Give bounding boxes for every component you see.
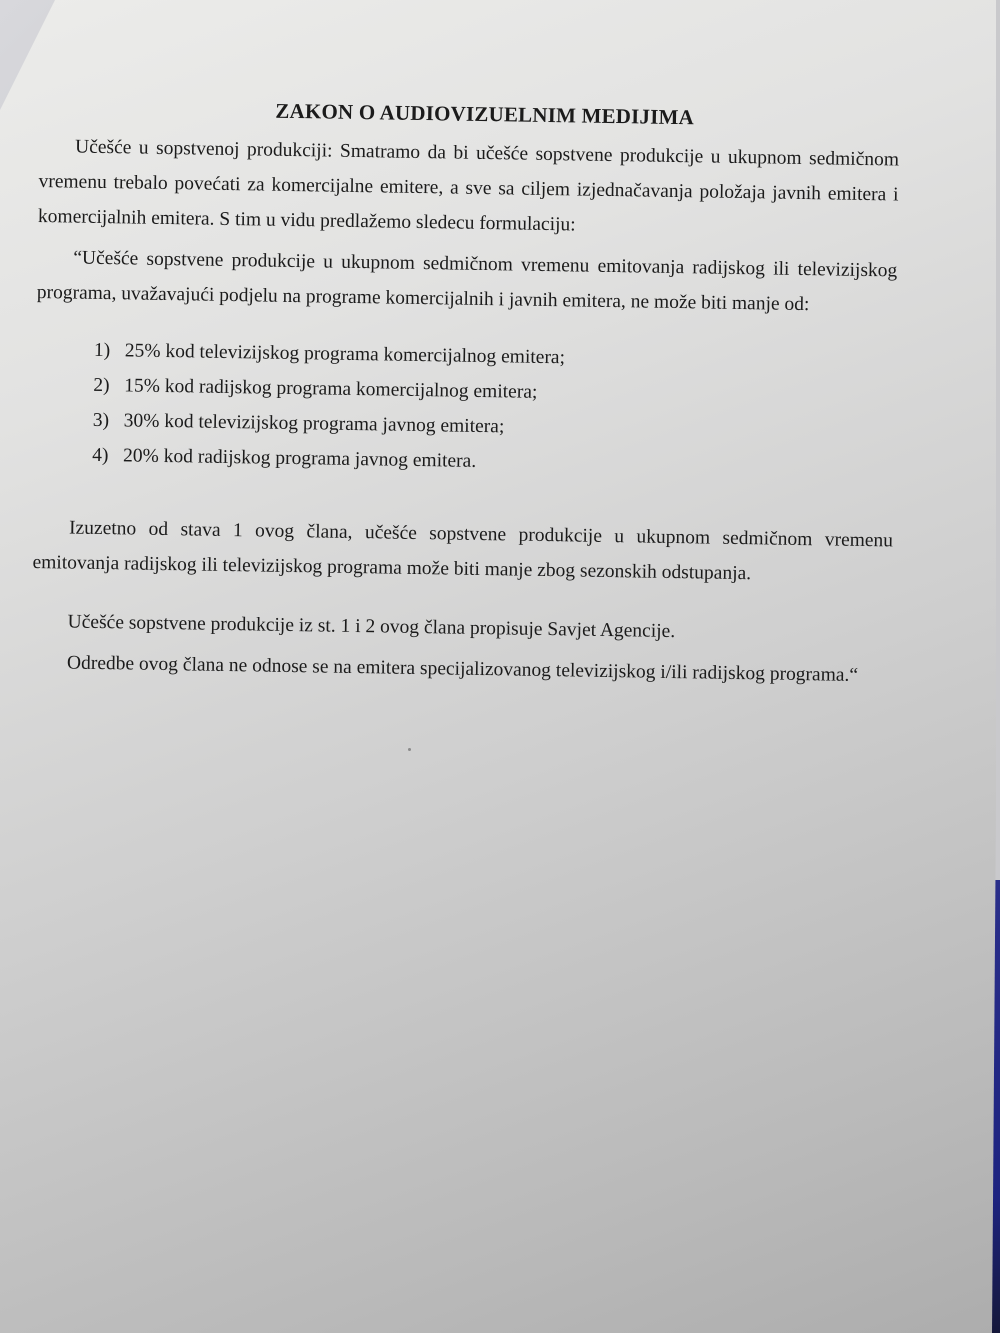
paper-sheet: ZAKON O AUDIOVIZUELNIM MEDIJIMA Učešće u… bbox=[0, 0, 996, 1333]
council-paragraph: Učešće sopstvene produkcije iz st. 1 i 2… bbox=[31, 604, 891, 653]
paper-speck bbox=[408, 748, 411, 751]
intro-paragraph: Učešće u sopstvenoj produkciji: Smatramo… bbox=[38, 129, 900, 247]
closing-paragraph: Odredbe ovog člana ne odnose se na emite… bbox=[31, 645, 891, 694]
proposal-lead-paragraph: “Učešće sopstvene produkcije u ukupnom s… bbox=[37, 240, 898, 323]
exception-paragraph: Izuzetno od stava 1 ovog člana, učešće s… bbox=[32, 510, 893, 593]
document-body: ZAKON O AUDIOVIZUELNIM MEDIJIMA Učešće u… bbox=[31, 90, 900, 693]
percentage-list: 1) 25% kod televizijskog programa komerc… bbox=[34, 332, 896, 485]
